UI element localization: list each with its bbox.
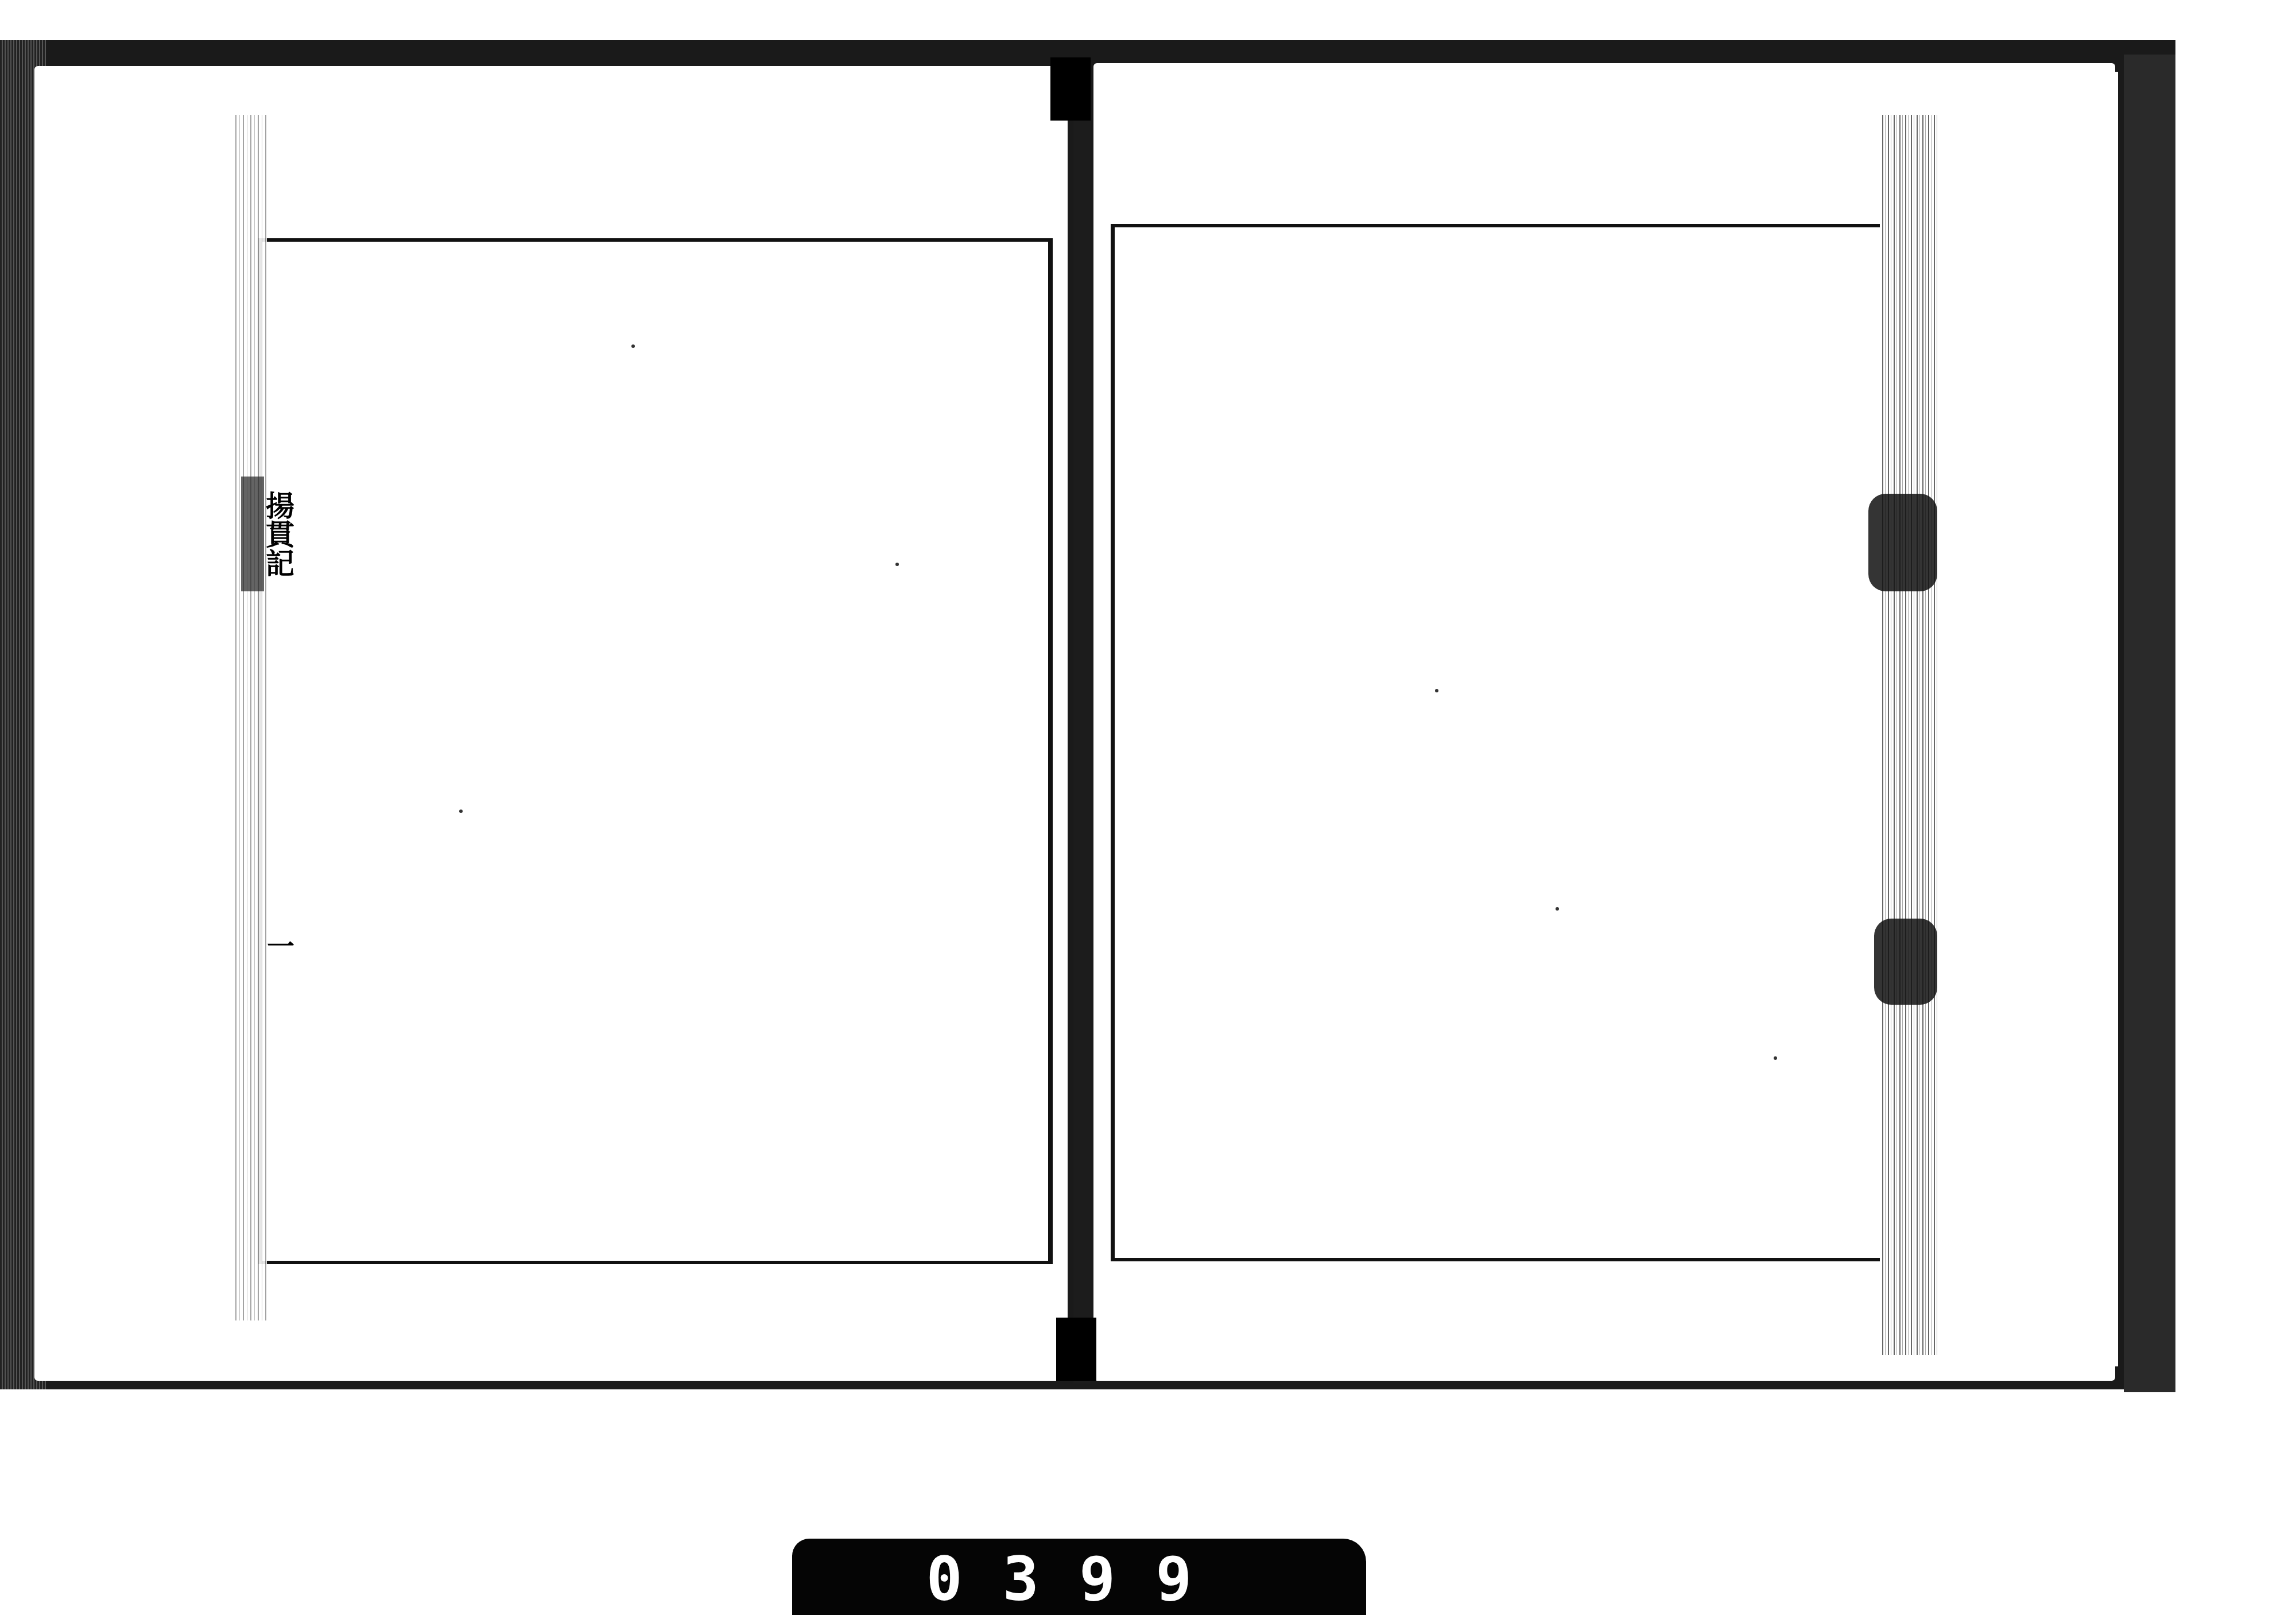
right-spine-ink-mark-upper: [1868, 494, 1937, 591]
scan-speck: [1774, 1056, 1777, 1060]
left-spine-title: 揚貫記: [261, 491, 296, 577]
scan-speck: [895, 563, 899, 566]
right-spine-ink-mark-lower: [1874, 919, 1937, 1005]
right-page-fold-spine: [1880, 115, 1937, 1355]
right-page-ruled-border: [1111, 224, 1896, 1261]
right-page-fore-edge: [1929, 72, 2118, 1366]
scan-speck: [1435, 689, 1438, 692]
binding-clip-top: [1050, 57, 1091, 121]
left-spine-numeral: 一: [267, 924, 294, 964]
scan-speck: [459, 810, 463, 813]
scan-speck: [1556, 907, 1559, 911]
left-page-ruled-border: [258, 238, 1053, 1264]
left-page-fold-spine: [232, 115, 267, 1320]
book-gutter-binding: [1073, 115, 1091, 1384]
scan-speck: [631, 344, 635, 348]
scan-frame-edge-right: [2124, 55, 2175, 1392]
frame-number: 0399: [792, 1544, 1366, 1614]
binding-clip-bottom: [1056, 1318, 1096, 1381]
